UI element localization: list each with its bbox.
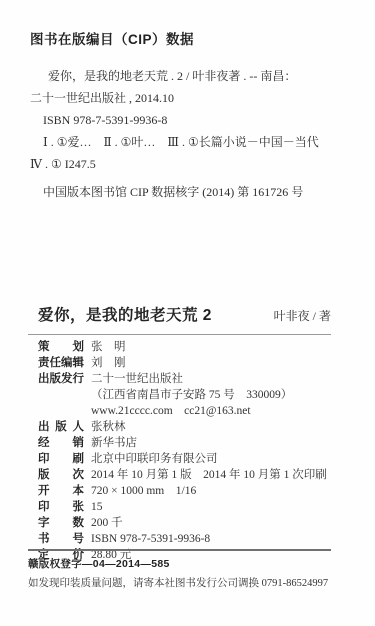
cip-classification-line2: Ⅳ . ① I247.5 xyxy=(30,153,337,175)
quality-note: 如发现印装质量问题，请寄本社图书发行公司调换 0791-86524997 xyxy=(28,575,355,590)
row-value: 15 xyxy=(84,499,103,515)
cip-record-number: 中国版本图书馆 CIP 数据核字 (2014) 第 161726 号 xyxy=(30,181,337,203)
title-divider xyxy=(28,334,331,335)
cip-entry-line2: 二十一世纪出版社 , 2014.10 xyxy=(30,91,174,105)
row-label: 经销 xyxy=(38,435,84,451)
row-label: 责任编辑 xyxy=(38,355,84,371)
colophon-section: 策划 张 明 责任编辑 刘 刚 出版发行 二十一世纪出版社 （江西省南昌市子安路… xyxy=(38,339,337,563)
colophon-row-distributor: 经销 新华书店 xyxy=(38,435,337,451)
colophon-row-edition: 版次 2014 年 10 月第 1 版 2014 年 10 月第 1 次印刷 xyxy=(38,467,337,483)
publisher-name: 二十一世纪出版社 xyxy=(91,371,292,387)
row-value: 张 明 xyxy=(84,339,126,355)
row-label: 策划 xyxy=(38,339,84,355)
row-label: 版次 xyxy=(38,467,84,483)
row-value: 张秋林 xyxy=(84,419,126,435)
row-label: 开本 xyxy=(38,483,84,499)
row-label: 出版人 xyxy=(38,419,84,435)
book-author: 叶非夜 / 著 xyxy=(274,307,331,324)
row-label: 字数 xyxy=(38,515,84,531)
row-value: 北京中印联印务有限公司 xyxy=(84,451,218,467)
publisher-details: 二十一世纪出版社 （江西省南昌市子安路 75 号 330009） www.21c… xyxy=(84,371,292,419)
row-label: 印张 xyxy=(38,499,84,515)
footer-divider xyxy=(28,549,331,551)
publisher-address: （江西省南昌市子安路 75 号 330009） xyxy=(91,387,292,403)
colophon-row-publisher-person: 出版人 张秋林 xyxy=(38,419,337,435)
title-block: 爱你，是我的地老天荒 2 叶非夜 / 著 xyxy=(28,303,331,335)
row-label: 出版发行 xyxy=(38,371,84,419)
colophon-row-editor: 责任编辑 刘 刚 xyxy=(38,355,337,371)
book-title: 爱你，是我的地老天荒 2 xyxy=(38,303,212,325)
row-value: ISBN 978-7-5391-9936-8 xyxy=(84,531,210,547)
row-label: 书号 xyxy=(38,531,84,547)
book-copyright-page: 图书在版编目（CIP）数据 爱你，是我的地老天荒 . 2 / 叶非夜著 . --… xyxy=(0,0,375,626)
row-label: 印刷 xyxy=(38,451,84,467)
row-value: 200 千 xyxy=(84,515,123,531)
colophon-row-format: 开本 720 × 1000 mm 1/16 xyxy=(38,483,337,499)
cip-section: 图书在版编目（CIP）数据 爱你，是我的地老天荒 . 2 / 叶非夜著 . --… xyxy=(30,28,337,203)
colophon-row-wordcount: 字数 200 千 xyxy=(38,515,337,531)
row-value: 新华书店 xyxy=(84,435,137,451)
colophon-row-planner: 策划 张 明 xyxy=(38,339,337,355)
colophon-row-sheets: 印张 15 xyxy=(38,499,337,515)
cip-entry: 爱你，是我的地老天荒 . 2 / 叶非夜著 . -- 南昌： 二十一世纪出版社 … xyxy=(30,65,337,109)
copyright-registration: 赣版权登字—04—2014—585 xyxy=(28,556,355,571)
row-value: 刘 刚 xyxy=(84,355,126,371)
footer-section: 赣版权登字—04—2014—585 如发现印装质量问题，请寄本社图书发行公司调换… xyxy=(28,556,355,590)
row-value: 720 × 1000 mm 1/16 xyxy=(84,483,196,499)
cip-heading: 图书在版编目（CIP）数据 xyxy=(30,28,337,48)
colophon-row-publisher: 出版发行 二十一世纪出版社 （江西省南昌市子安路 75 号 330009） ww… xyxy=(38,371,337,419)
colophon-row-printer: 印刷 北京中印联印务有限公司 xyxy=(38,451,337,467)
cip-isbn: ISBN 978-7-5391-9936-8 xyxy=(30,109,337,131)
row-value: 2014 年 10 月第 1 版 2014 年 10 月第 1 次印刷 xyxy=(84,467,327,483)
publisher-web: www.21cccc.com cc21@163.net xyxy=(91,403,292,419)
cip-classification-line1: Ⅰ . ①爱… Ⅱ . ①叶… Ⅲ . ①长篇小说－中国－当代 xyxy=(30,131,337,153)
colophon-row-isbn: 书号 ISBN 978-7-5391-9936-8 xyxy=(38,531,337,547)
title-row: 爱你，是我的地老天荒 2 叶非夜 / 著 xyxy=(28,303,331,325)
cip-entry-line1: 爱你，是我的地老天荒 . 2 / 叶非夜著 . -- 南昌： xyxy=(30,65,296,87)
